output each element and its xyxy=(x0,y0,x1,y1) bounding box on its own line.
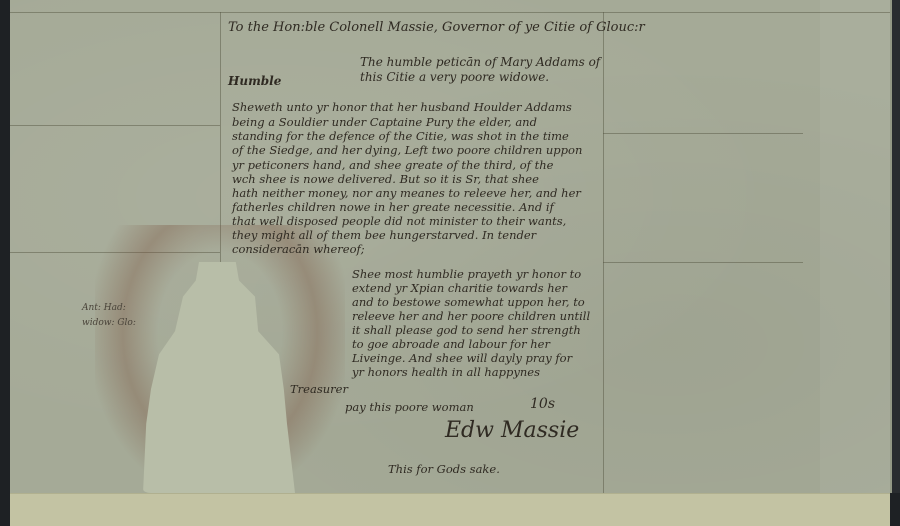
body-line: hath neither money, nor any meanes to re… xyxy=(232,186,581,200)
body-line: standing for the defence of the Citie, w… xyxy=(232,129,569,143)
body-line: that well disposed people did not minist… xyxy=(232,214,566,228)
paper-light-band xyxy=(820,0,900,493)
body-line: they might all of them bee hungerstarved… xyxy=(232,228,536,242)
prayer-line: yr honors health in all happynes xyxy=(352,365,540,379)
prayer-line: extend yr Xpian charitie towards her xyxy=(352,281,567,295)
prayer-line: to goe abroade and labour for her xyxy=(352,337,550,351)
prayer-line: Liveinge. And shee will dayly pray for xyxy=(352,351,572,365)
fold-line-right xyxy=(603,12,604,493)
prayer-line: it shall please god to send her strength xyxy=(352,323,581,337)
payment-order: pay this poore woman xyxy=(345,400,474,414)
body-line: of the Siedge, and her dying, Left two p… xyxy=(232,143,582,157)
closing-line: This for Gods sake. xyxy=(388,462,500,476)
petition-title-line-2: this Citie a very poore widowe. xyxy=(360,70,549,84)
fold-line-mid-left xyxy=(10,125,220,126)
body-line: being a Souldier under Captaine Pury the… xyxy=(232,115,537,129)
body-line: fatherles children nowe in her greate ne… xyxy=(232,200,554,214)
payment-amount: 10s xyxy=(530,396,555,412)
address-line: To the Hon:ble Colonell Massie, Governor… xyxy=(228,20,645,35)
body-line: consideracān whereof; xyxy=(232,242,365,256)
fold-line-mid-right xyxy=(603,133,803,134)
margin-note-line-1: Ant: Had: xyxy=(82,303,126,313)
prayer-line: Shee most humblie prayeth yr honor to xyxy=(352,267,581,281)
body-line: Sheweth unto yr honor that her husband H… xyxy=(232,100,572,114)
margin-note-line-2: widow: Glo: xyxy=(82,318,136,328)
body-line: wch shee is nowe delivered. But so it is… xyxy=(232,172,539,186)
signature: Edw Massie xyxy=(445,418,579,443)
prayer-line: releeve her and her poore children until… xyxy=(352,309,590,323)
treasurer-label: Treasurer xyxy=(290,382,348,396)
fold-line-lower-right xyxy=(603,262,803,263)
prayer-line: and to bestowe somewhat uppon her, to xyxy=(352,295,585,309)
body-line: yr peticoners hand, and shee greate of t… xyxy=(232,158,553,172)
mount-backing xyxy=(10,493,890,526)
salutation: Humble xyxy=(228,74,281,88)
petition-title-line-1: The humble peticān of Mary Addams of xyxy=(360,55,600,69)
fold-line-top xyxy=(10,12,890,13)
